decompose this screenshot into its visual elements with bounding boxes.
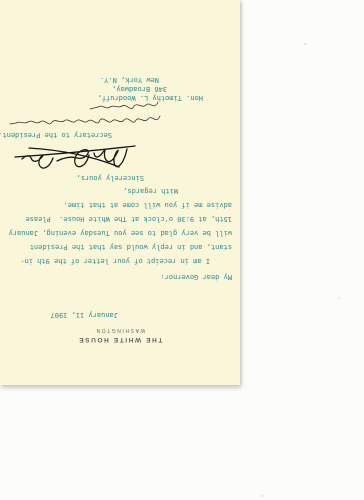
recipient-street: 346 Broadway, [112, 84, 167, 93]
body-line: 15th, at 9:30 o'clock at The White House… [25, 214, 232, 223]
body-line: will be very glad to see you Tuesday eve… [9, 228, 232, 237]
signature-title: Secretary to the President. [0, 130, 112, 139]
letter-content-rotated: THE WHITE HOUSE WASHINGTON January 11, 1… [0, 0, 240, 385]
letter-paper: THE WHITE HOUSE WASHINGTON January 11, 1… [0, 0, 240, 385]
date-line: January 11, 1907 [51, 310, 118, 319]
letterhead-title: THE WHITE HOUSE [0, 336, 240, 343]
recipient-city: New York, N.Y. [100, 75, 159, 84]
body-line: advise me if you will come at that time. [63, 200, 232, 209]
scanned-letter-photo: THE WHITE HOUSE WASHINGTON January 11, 1… [0, 0, 364, 500]
scan-dust-speck [338, 297, 340, 299]
recipient-name: Hon. Timothy L. Woodruff, [98, 93, 203, 102]
body-line: stant, and in reply would say that the P… [30, 242, 232, 251]
salutation: My dear Governor: [160, 272, 232, 281]
regards-line: With regards, [123, 186, 178, 195]
body-line: I am in receipt of your letter of the 9t… [20, 256, 210, 265]
scan-dust-speck [304, 43, 307, 45]
handwritten-signature [10, 133, 185, 179]
letterhead-subtitle: WASHINGTON [0, 327, 240, 333]
scan-dust-speck [261, 495, 265, 497]
